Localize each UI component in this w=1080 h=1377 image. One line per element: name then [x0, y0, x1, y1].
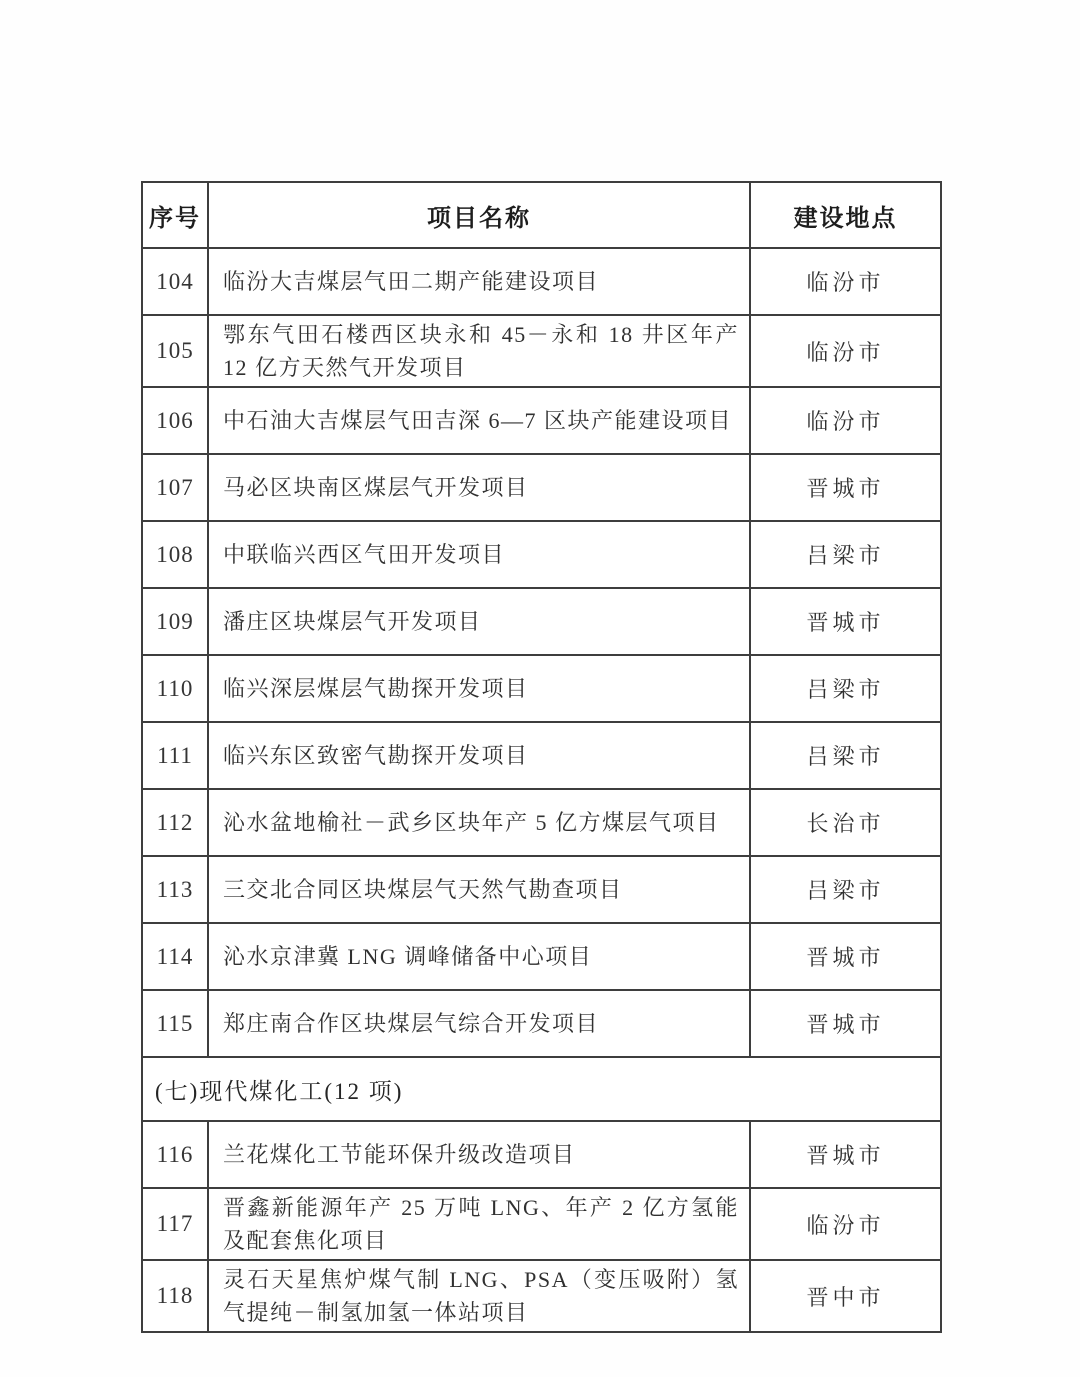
section-row: (七)现代煤化工(12 项): [142, 1057, 941, 1121]
row-serial: 107: [142, 454, 208, 521]
row-serial: 108: [142, 521, 208, 588]
row-location: 晋城市: [750, 454, 941, 521]
table-row: 113三交北合同区块煤层气天然气勘查项目吕梁市: [142, 856, 941, 923]
row-location: 晋中市: [750, 1260, 941, 1332]
row-location: 吕梁市: [750, 722, 941, 789]
table-row: 112沁水盆地榆社－武乡区块年产 5 亿方煤层气项目长治市: [142, 789, 941, 856]
table-row: 104临汾大吉煤层气田二期产能建设项目临汾市: [142, 248, 941, 315]
row-serial: 115: [142, 990, 208, 1057]
row-serial: 114: [142, 923, 208, 990]
table-row: 105鄂东气田石楼西区块永和 45－永和 18 井区年产 12 亿方天然气开发项…: [142, 315, 941, 387]
table-row: 108中联临兴西区气田开发项目吕梁市: [142, 521, 941, 588]
row-serial: 110: [142, 655, 208, 722]
document-page: 序号 项目名称 建设地点 104临汾大吉煤层气田二期产能建设项目临汾市105鄂东…: [0, 0, 1080, 1377]
table-body: 104临汾大吉煤层气田二期产能建设项目临汾市105鄂东气田石楼西区块永和 45－…: [142, 248, 941, 1332]
row-location: 临汾市: [750, 1188, 941, 1260]
row-serial: 106: [142, 387, 208, 454]
row-location: 长治市: [750, 789, 941, 856]
table-row: 118灵石天星焦炉煤气制 LNG、PSA（变压吸附）氢气提纯－制氢加氢一体站项目…: [142, 1260, 941, 1332]
row-project-name: 兰花煤化工节能环保升级改造项目: [208, 1121, 750, 1188]
column-header-serial: 序号: [142, 182, 208, 248]
row-location: 临汾市: [750, 315, 941, 387]
row-location: 晋城市: [750, 923, 941, 990]
table-row: 111临兴东区致密气勘探开发项目吕梁市: [142, 722, 941, 789]
row-project-name: 临兴东区致密气勘探开发项目: [208, 722, 750, 789]
row-serial: 113: [142, 856, 208, 923]
row-project-name: 马必区块南区煤层气开发项目: [208, 454, 750, 521]
table-row: 109潘庄区块煤层气开发项目晋城市: [142, 588, 941, 655]
row-project-name: 临汾大吉煤层气田二期产能建设项目: [208, 248, 750, 315]
section-label: (七)现代煤化工(12 项): [142, 1057, 941, 1121]
row-location: 吕梁市: [750, 521, 941, 588]
table-row: 117晋鑫新能源年产 25 万吨 LNG、年产 2 亿方氢能及配套焦化项目临汾市: [142, 1188, 941, 1260]
row-project-name: 灵石天星焦炉煤气制 LNG、PSA（变压吸附）氢气提纯－制氢加氢一体站项目: [208, 1260, 750, 1332]
row-serial: 109: [142, 588, 208, 655]
row-project-name: 沁水京津冀 LNG 调峰储备中心项目: [208, 923, 750, 990]
row-location: 临汾市: [750, 387, 941, 454]
column-header-project-name: 项目名称: [208, 182, 750, 248]
table-header-row: 序号 项目名称 建设地点: [142, 182, 941, 248]
row-serial: 117: [142, 1188, 208, 1260]
row-location: 晋城市: [750, 990, 941, 1057]
table-row: 107马必区块南区煤层气开发项目晋城市: [142, 454, 941, 521]
row-project-name: 潘庄区块煤层气开发项目: [208, 588, 750, 655]
row-location: 吕梁市: [750, 655, 941, 722]
row-serial: 116: [142, 1121, 208, 1188]
row-project-name: 晋鑫新能源年产 25 万吨 LNG、年产 2 亿方氢能及配套焦化项目: [208, 1188, 750, 1260]
project-table: 序号 项目名称 建设地点 104临汾大吉煤层气田二期产能建设项目临汾市105鄂东…: [141, 181, 942, 1333]
row-location: 晋城市: [750, 1121, 941, 1188]
row-location: 晋城市: [750, 588, 941, 655]
table-row: 115郑庄南合作区块煤层气综合开发项目晋城市: [142, 990, 941, 1057]
row-serial: 111: [142, 722, 208, 789]
row-serial: 104: [142, 248, 208, 315]
row-project-name: 中石油大吉煤层气田吉深 6—7 区块产能建设项目: [208, 387, 750, 454]
row-project-name: 三交北合同区块煤层气天然气勘查项目: [208, 856, 750, 923]
row-serial: 118: [142, 1260, 208, 1332]
row-serial: 112: [142, 789, 208, 856]
table-row: 110临兴深层煤层气勘探开发项目吕梁市: [142, 655, 941, 722]
row-project-name: 中联临兴西区气田开发项目: [208, 521, 750, 588]
row-location: 吕梁市: [750, 856, 941, 923]
table-row: 116兰花煤化工节能环保升级改造项目晋城市: [142, 1121, 941, 1188]
row-project-name: 沁水盆地榆社－武乡区块年产 5 亿方煤层气项目: [208, 789, 750, 856]
row-project-name: 郑庄南合作区块煤层气综合开发项目: [208, 990, 750, 1057]
table-row: 106中石油大吉煤层气田吉深 6—7 区块产能建设项目临汾市: [142, 387, 941, 454]
row-location: 临汾市: [750, 248, 941, 315]
row-serial: 105: [142, 315, 208, 387]
row-project-name: 临兴深层煤层气勘探开发项目: [208, 655, 750, 722]
table-row: 114沁水京津冀 LNG 调峰储备中心项目晋城市: [142, 923, 941, 990]
row-project-name: 鄂东气田石楼西区块永和 45－永和 18 井区年产 12 亿方天然气开发项目: [208, 315, 750, 387]
column-header-location: 建设地点: [750, 182, 941, 248]
